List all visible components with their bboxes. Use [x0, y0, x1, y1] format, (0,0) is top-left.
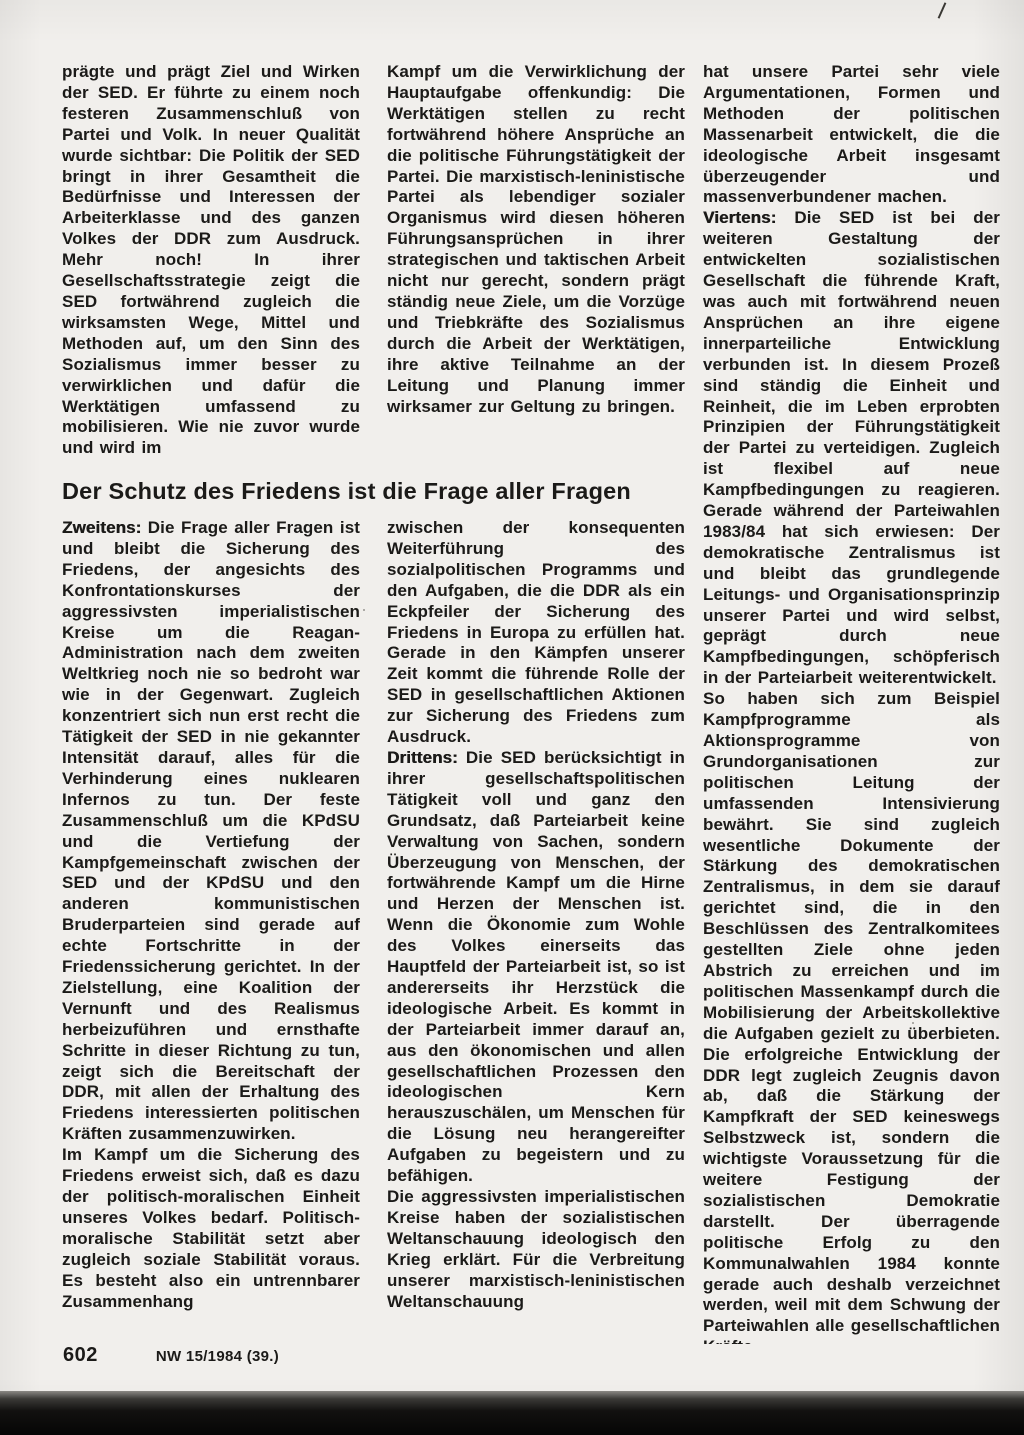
- column-2-top: Kampf um die Verwirklichung der Hauptauf…: [387, 62, 685, 461]
- paragraph: Kampf um die Verwirklichung der Hauptauf…: [387, 62, 685, 417]
- paragraph: zwischen der konsequenten Weiterführung …: [387, 518, 685, 748]
- article-body: prägte und prägt Ziel und Wirken der SED…: [62, 62, 1000, 1344]
- paragraph: prägte und prägt Ziel und Wirken der SED…: [62, 62, 360, 459]
- column-1-bottom: Zweitens: Die Frage aller Fragen ist und…: [62, 518, 360, 1340]
- paragraph: hat unsere Partei sehr viele Argumentati…: [703, 62, 1000, 208]
- paragraph: So haben sich zum Beispiel Kampfprogramm…: [703, 689, 1000, 1344]
- page-footer: 602 NW 15/1984 (39.): [63, 1344, 279, 1367]
- columns-1-2-block: prägte und prägt Ziel und Wirken der SED…: [62, 62, 685, 1344]
- bottom-row: Zweitens: Die Frage aller Fragen ist und…: [62, 518, 685, 1340]
- top-row: prägte und prägt Ziel und Wirken der SED…: [62, 62, 685, 461]
- issue-label: NW 15/1984 (39.): [156, 1348, 279, 1365]
- page-number: 602: [63, 1344, 98, 1367]
- paragraph: Viertens: Die SED ist bei der weiteren G…: [703, 208, 1000, 689]
- scan-edge-bar: [0, 1391, 1024, 1435]
- paragraph: Die aggressivsten imperialistischen Krei…: [387, 1187, 685, 1312]
- paragraph: Im Kampf um die Sicherung des Friedens e…: [62, 1145, 360, 1312]
- column-3: hat unsere Partei sehr viele Argumentati…: [703, 62, 1000, 1344]
- paragraph-lead: Viertens:: [703, 208, 794, 227]
- paragraph-lead: Drittens:: [387, 748, 466, 767]
- column-2-bottom: zwischen der konsequenten Weiterführung …: [387, 518, 685, 1340]
- scan-stray-mark: [938, 2, 947, 18]
- paragraph: Zweitens: Die Frage aller Fragen ist und…: [62, 518, 360, 1145]
- paragraph: Drittens: Die SED berücksichtigt in ihre…: [387, 748, 685, 1187]
- column-1-top: prägte und prägt Ziel und Wirken der SED…: [62, 62, 360, 461]
- section-heading: Der Schutz des Friedens ist die Frage al…: [62, 478, 685, 505]
- paragraph-lead: Zweitens:: [62, 518, 148, 537]
- scanned-journal-page: prägte und prägt Ziel und Wirken der SED…: [0, 0, 1024, 1435]
